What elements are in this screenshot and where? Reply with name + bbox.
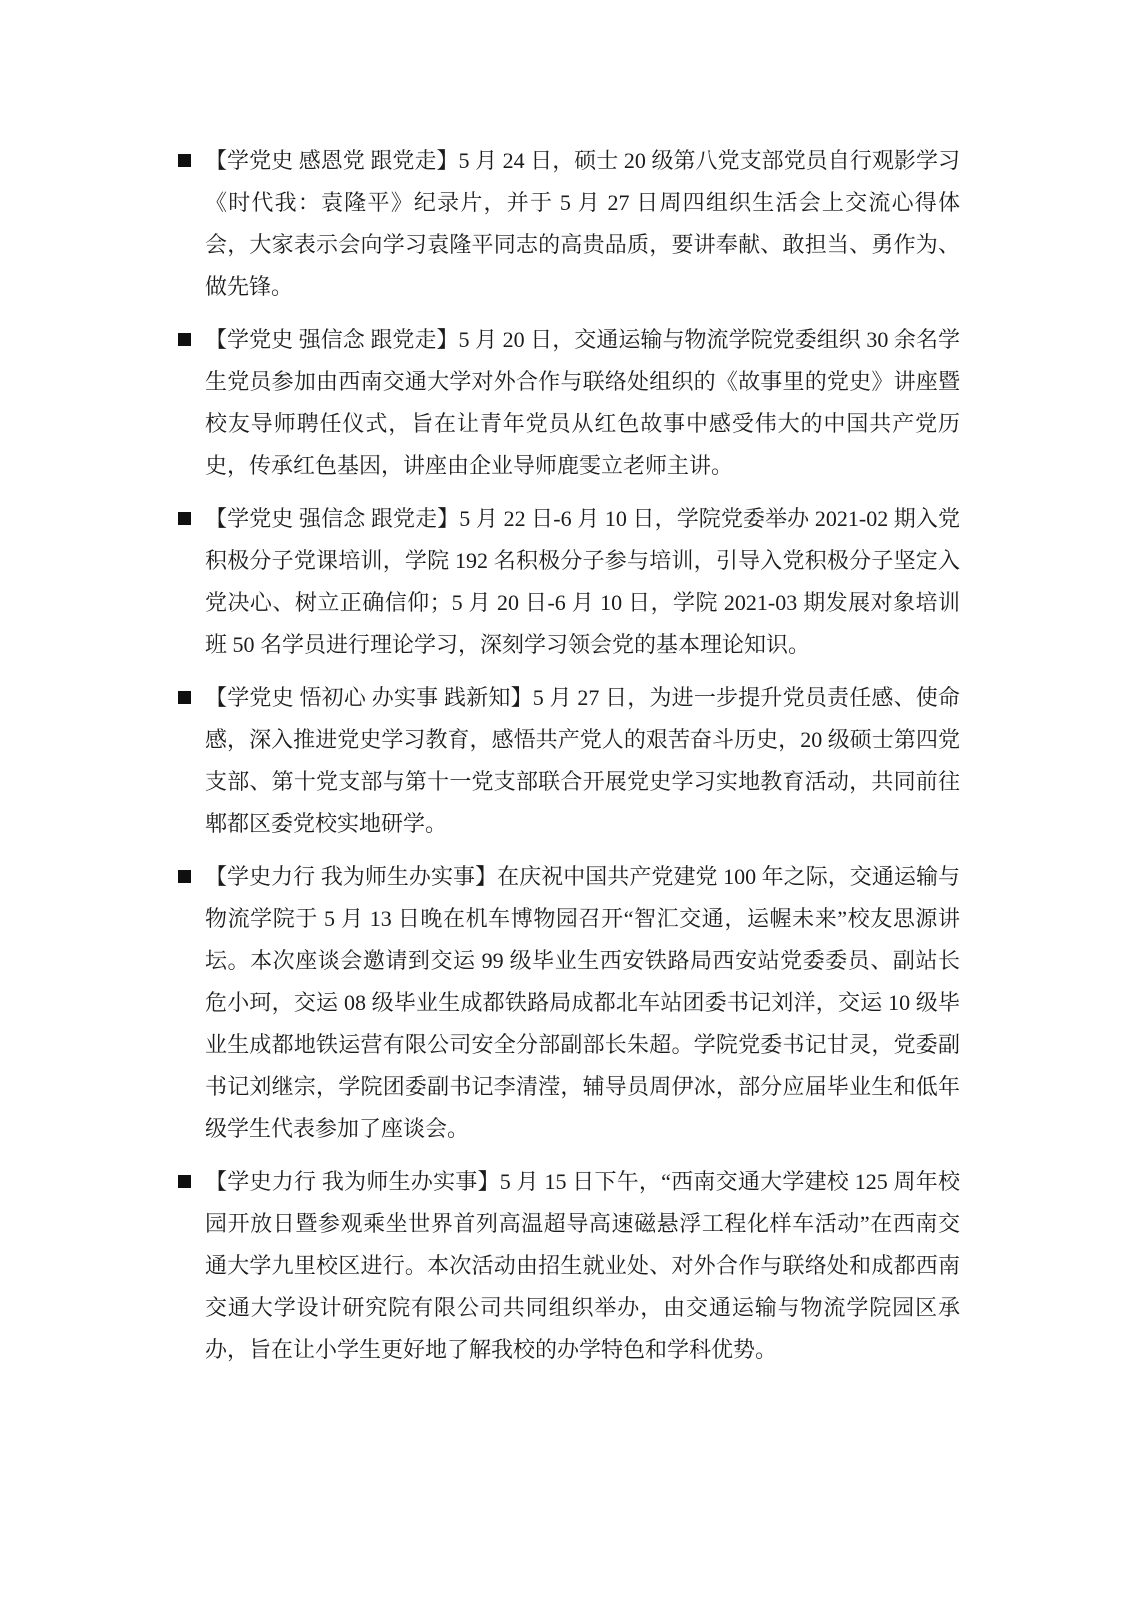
square-bullet-icon (178, 1175, 191, 1188)
square-bullet-icon (178, 691, 191, 704)
list-item: 【学党史 强信念 跟党走】5 月 22 日-6 月 10 日，学院党委举办 20… (170, 498, 960, 666)
square-bullet-icon (178, 870, 191, 883)
square-bullet-icon (178, 154, 191, 167)
bullet-paragraph: 【学党史 强信念 跟党走】5 月 20 日，交通运输与物流学院党委组织 30 余… (205, 319, 960, 487)
list-item: 【学党史 悟初心 办实事 践新知】5 月 27 日，为进一步提升党员责任感、使命… (170, 677, 960, 845)
document-page: 【学党史 感恩党 跟党走】5 月 24 日，硕士 20 级第八党支部党员自行观影… (0, 0, 1131, 1600)
list-item: 【学党史 感恩党 跟党走】5 月 24 日，硕士 20 级第八党支部党员自行观影… (170, 140, 960, 308)
list-item: 【学党史 强信念 跟党走】5 月 20 日，交通运输与物流学院党委组织 30 余… (170, 319, 960, 487)
bullet-paragraph: 【学党史 感恩党 跟党走】5 月 24 日，硕士 20 级第八党支部党员自行观影… (205, 140, 960, 308)
bullet-list: 【学党史 感恩党 跟党走】5 月 24 日，硕士 20 级第八党支部党员自行观影… (170, 140, 960, 1371)
square-bullet-icon (178, 333, 191, 346)
bullet-paragraph: 【学党史 悟初心 办实事 践新知】5 月 27 日，为进一步提升党员责任感、使命… (205, 677, 960, 845)
list-item: 【学史力行 我为师生办实事】5 月 15 日下午，“西南交通大学建校 125 周… (170, 1161, 960, 1371)
square-bullet-icon (178, 512, 191, 525)
bullet-paragraph: 【学史力行 我为师生办实事】在庆祝中国共产党建党 100 年之际，交通运输与物流… (205, 856, 960, 1150)
bullet-paragraph: 【学史力行 我为师生办实事】5 月 15 日下午，“西南交通大学建校 125 周… (205, 1161, 960, 1371)
list-item: 【学史力行 我为师生办实事】在庆祝中国共产党建党 100 年之际，交通运输与物流… (170, 856, 960, 1150)
bullet-paragraph: 【学党史 强信念 跟党走】5 月 22 日-6 月 10 日，学院党委举办 20… (205, 498, 960, 666)
